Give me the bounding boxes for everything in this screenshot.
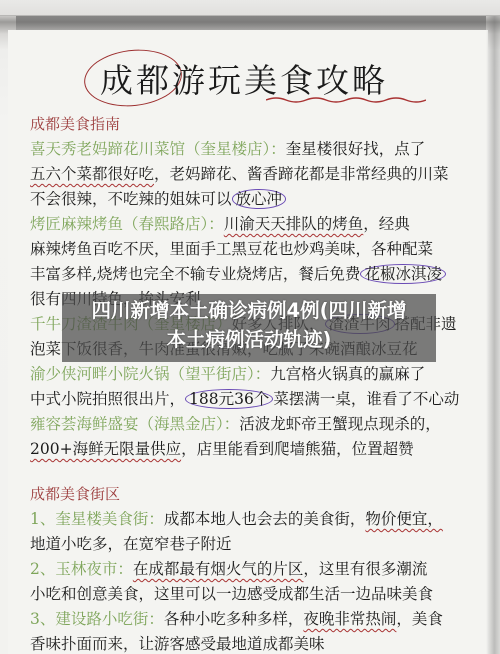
- street-line: 1、奎星楼美食街：成都本地人也会去的美食街，物价便宜，: [30, 507, 480, 532]
- street-line: 2、玉林夜市：在成都最有烟火气的片区，这里有很多潮流: [30, 557, 480, 582]
- shop-name: 喜天秀老妈蹄花川菜馆（奎星楼店）：: [30, 140, 286, 158]
- street-line: 香味扑面而来，让游客感受最地道成都美味: [30, 632, 480, 654]
- shop-name: 渝少侠河畔小院火锅（望平街店）：: [30, 365, 270, 383]
- shop-name: 雍容荟海鲜盛宴（海黑金店）：: [30, 415, 239, 433]
- street-name: 2、玉林夜市：: [30, 560, 133, 578]
- note-text: 不会很辣，不吃辣的姐妹可以: [30, 190, 232, 208]
- note-text: 香味扑面而来，让游客感受最地道成都美味: [30, 635, 325, 653]
- street-name: 1、奎星楼美食街：: [30, 510, 164, 528]
- underlined-text: 夜晚非常热闹: [303, 610, 396, 628]
- note-text: 麻辣烤鱼百吃不厌，里面手工黑豆花也炒鸡美味，各种配菜: [30, 240, 433, 258]
- guide-line: 烤匠麻辣烤鱼（春熙路店）：川渝天天排队的烤鱼，经典: [30, 212, 480, 237]
- note-text: 小吃和创意美食，这里可以一边感受成都生活一边品味美食: [30, 585, 433, 603]
- underlined-text: 川渝天天排队的烤鱼: [224, 215, 364, 233]
- underlined-text: 200+海鲜无限量供应: [30, 440, 181, 458]
- notebook-photo: 成都游玩美食攻略 成都美食指南 喜天秀老妈蹄花川菜馆（奎星楼店）：奎星楼很好找，…: [0, 0, 500, 654]
- shop-name: 烤匠麻辣烤鱼（春熙路店）：: [30, 215, 224, 233]
- note-text: ，店里能看到爬墙熊猫，位置超赞: [181, 440, 414, 458]
- guide-line: 雍容荟海鲜盛宴（海黑金店）：活波龙虾帝王蟹现点现杀的，: [30, 412, 480, 437]
- guide-line: 麻辣烤鱼百吃不厌，里面手工黑豆花也炒鸡美味，各种配菜: [30, 237, 480, 262]
- note-text: 丰富多样,烧烤也完全不输专业烧烤店，餐后免费: [30, 265, 360, 283]
- note-text: 奎星楼很好找，点了: [286, 140, 426, 158]
- streets-heading: 成都美食街区: [30, 482, 480, 507]
- note-text: 中式小院拍照很出片，: [30, 390, 185, 408]
- underlined-text: 物价便宜，: [365, 510, 443, 528]
- headline-line-2: 本土病例活动轨迹): [62, 325, 436, 354]
- guide-line: 中式小院拍照很出片，188元36个菜摆满一桌，谁看了不心动: [30, 387, 480, 412]
- note-text: 菜摆满一桌，谁看了不心动: [273, 390, 459, 408]
- guide-line: 渝少侠河畔小院火锅（望平街店）：九宫格火锅真的赢麻了: [30, 362, 480, 387]
- guide-line: 不会很辣，不吃辣的姐妹可以放心冲: [30, 187, 480, 212]
- guide-line: 喜天秀老妈蹄花川菜馆（奎星楼店）：奎星楼很好找，点了: [30, 137, 480, 162]
- guide-line: 200+海鲜无限量供应，店里能看到爬墙熊猫，位置超赞: [30, 437, 480, 462]
- folded-page-edge: [0, 0, 500, 16]
- circled-text: 188元36个: [185, 389, 273, 409]
- street-name: 3、建设路小吃街：: [30, 610, 164, 628]
- headline-overlay-text: 四川新增本土确诊病例4例(四川新增 本土病例活动轨迹): [62, 296, 436, 354]
- note-text: ，美食: [396, 610, 443, 628]
- street-line: 3、建设路小吃街：各种小吃多种多样，夜晚非常热闹，美食: [30, 607, 480, 632]
- title-wavy-underline: [266, 96, 426, 104]
- note-text: ，这里有很多潮流: [303, 560, 427, 578]
- headline-line-1: 四川新增本土确诊病例4例(四川新增: [62, 296, 436, 325]
- underlined-text: 在成都最有烟火气的片区: [133, 560, 304, 578]
- underlined-text: 五六个菜都很好吃: [30, 165, 154, 183]
- note-text: ，经典: [363, 215, 410, 233]
- page-title: 成都游玩美食攻略: [100, 55, 388, 102]
- circled-text: 花椒冰淇凌: [360, 264, 446, 284]
- note-text: 各种小吃多种多样，: [164, 610, 304, 628]
- guide-heading: 成都美食指南: [30, 112, 480, 137]
- guide-line: 五六个菜都很好吃，老妈蹄花、酱香蹄花都是非常经典的川菜: [30, 162, 480, 187]
- circled-text: 放心冲: [232, 189, 287, 209]
- note-text: 活波龙虾帝王蟹现点现杀的，: [239, 415, 441, 433]
- note-text: 九宫格火锅真的赢麻了: [270, 365, 425, 383]
- note-text: ，老妈蹄花、酱香蹄花都是非常经典的川菜: [154, 165, 449, 183]
- note-text: 成都本地人也会去的美食街，: [164, 510, 366, 528]
- food-guide-section: 成都美食指南 喜天秀老妈蹄花川菜馆（奎星楼店）：奎星楼很好找，点了 五六个菜都很…: [30, 112, 480, 462]
- guide-line: 丰富多样,烧烤也完全不输专业烧烤店，餐后免费花椒冰淇凌: [30, 262, 480, 287]
- street-line: 小吃和创意美食，这里可以一边感受成都生活一边品味美食: [30, 582, 480, 607]
- page-right-edge: [486, 16, 500, 654]
- street-line: 地道小吃多，在宽窄巷子附近: [30, 532, 480, 557]
- food-streets-section: 成都美食街区 1、奎星楼美食街：成都本地人也会去的美食街，物价便宜， 地道小吃多…: [30, 482, 480, 654]
- note-text: 地道小吃多，在宽窄巷子附近: [30, 535, 232, 553]
